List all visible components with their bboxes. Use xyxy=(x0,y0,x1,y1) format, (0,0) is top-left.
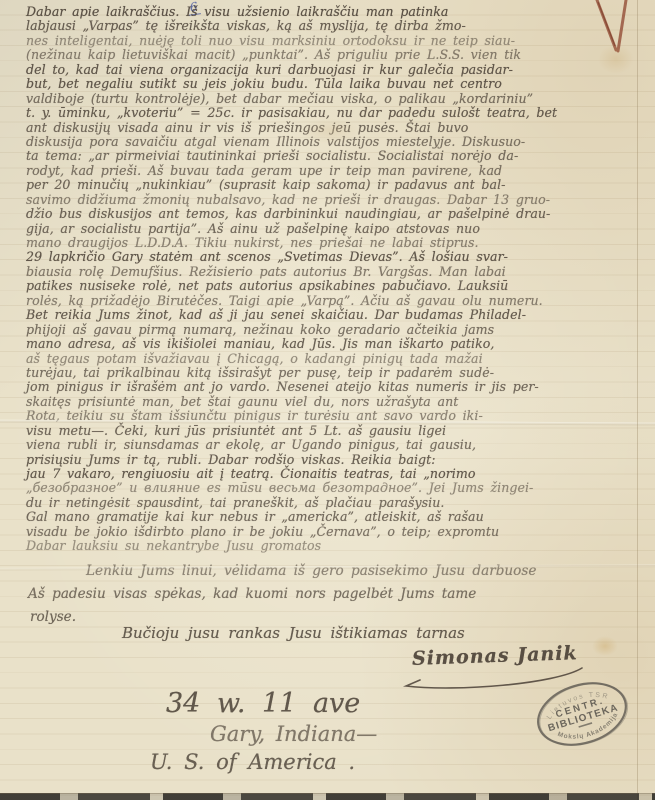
handwriting-line: rolės, ką prižadėjo Birutėčes. Taigi api… xyxy=(26,294,641,308)
handwriting-line: skaitęs prisiuntė man, bet štai gaunu vi… xyxy=(26,395,641,409)
aging-spot xyxy=(592,636,618,656)
letter-page: 6 Dabar apie laikraščius. Iš visu užsien… xyxy=(0,0,655,800)
paper-bottom-edge xyxy=(0,793,655,800)
handwriting-line: jom pinigus ir išrašėm ant jo vardo. Nes… xyxy=(26,380,641,394)
paper-edge-line xyxy=(637,0,638,800)
address-city: Gary, Indiana— xyxy=(210,722,377,746)
handwriting-line: turėjau, tai prikalbinau kitą išsirašyt … xyxy=(26,366,641,380)
handwriting-line: labjausi „Varpas” tę išreikšta viskas, k… xyxy=(26,19,641,33)
address-country: U. S. of America . xyxy=(150,750,355,774)
handwriting-line: prisiųsiu Jums ir tą, rubli. Dabar rodši… xyxy=(26,453,641,467)
handwriting-line: visu metu—. Čeki, kuri jūs prisiuntėt an… xyxy=(26,424,641,438)
handwriting-line: du ir netingėsit spausdint, tai praneški… xyxy=(26,496,641,510)
handwriting-line: viena rubli ir, siunsdamas ar ekolę, ar … xyxy=(26,438,641,452)
handwriting-line: valdiboje (turtu kontrolėje), bet dabar … xyxy=(26,92,641,106)
handwriting-line: biausia rolę Demufšius. Režisierio pats … xyxy=(26,265,641,279)
handwriting-line: 29 lapkričio Gary statėm ant scenos „Sve… xyxy=(26,250,641,264)
handwriting-line: diskusija pora savaičiu atgal vienam Ill… xyxy=(26,135,641,149)
handwriting-line: ant diskusijų visada ainu ir vis iš prie… xyxy=(26,121,641,135)
handwriting-line: mano draugijos L.D.D.A. Tikiu nukirst, n… xyxy=(26,236,641,250)
handwriting-line: phijoji aš gavau pirmą numarą, nežinau k… xyxy=(26,323,641,337)
handwriting-line: Gal mano gramatije kai kur nebus ir „ame… xyxy=(26,510,641,524)
handwriting-line: džio bus diskusijos ant temos, kas darbi… xyxy=(26,207,641,221)
handwriting-line: Bet reikia Jums žinot, kad aš ji jau sen… xyxy=(26,308,641,322)
handwriting-line: „безобразное” и влияние es mūsu весьма б… xyxy=(26,481,641,495)
address-street: 34 w. 11 ave xyxy=(166,688,360,719)
handwriting-line: visadu be jokio išdirbto plano ir be jok… xyxy=(26,525,641,539)
handwriting-line: Dabar apie laikraščius. Iš visu užsienio… xyxy=(26,5,641,19)
handwriting-line: Dabar lauksiu su nekantrybe Jusu gromato… xyxy=(26,539,641,553)
handwriting-line: (nežinau kaip lietuviškai macit) „punkta… xyxy=(26,48,641,62)
handwriting-line: Rota, teikiu su štam išsiunčtu pinigus i… xyxy=(26,409,641,423)
handwriting-line: t. y. ūminku, „kvoteriu” = 25c. ir pasis… xyxy=(26,106,641,120)
valediction-line: Bučioju jusu rankas Jusu ištikiamas tarn… xyxy=(122,624,465,642)
handwriting-line: jau 7 vakaro, rengiuosiu ait į teatrą. Č… xyxy=(26,467,641,481)
handwriting-line: del to, kad tai viena organizacija kuri … xyxy=(26,63,641,77)
handwriting-line: patikes nusiseke rolė, net pats autorius… xyxy=(26,279,641,293)
handwriting-line: but, bet negaliu sutikt su jeis jokiu bu… xyxy=(26,77,641,91)
handwriting-line: nes inteligentai, nuėję toli nuo visu ma… xyxy=(26,34,641,48)
signature: Simonas Janik xyxy=(412,642,578,670)
library-stamp: Lietuvos TSR CENTR. BIBLIOTEKA Mokslų Ak… xyxy=(525,666,639,762)
handwriting-line: ta tema: „ar pirmeiviai tautininkai prie… xyxy=(26,149,641,163)
handwriting-line: Lenkiu Jums linui, vėlidama iš gero pasi… xyxy=(28,560,628,583)
handwriting-line: per 20 minučių „nukinkiau” (suprasit kai… xyxy=(26,178,641,192)
letter-closing-paragraph: Lenkiu Jums linui, vėlidama iš gero pasi… xyxy=(28,560,628,629)
handwriting-line: savimo didžiuma žmonių nubalsavo, kad ne… xyxy=(26,193,641,207)
handwriting-line: rodyt, kad prieši. Aš buvau tada geram u… xyxy=(26,164,641,178)
handwriting-line: aš tęgaus potam išvažiavau į Chicagą, o … xyxy=(26,352,641,366)
letter-body: Dabar apie laikraščius. Iš visu užsienio… xyxy=(26,5,641,554)
handwriting-line: mano adresa, aš vis ikišiolei maniau, ka… xyxy=(26,337,641,351)
handwriting-line: gija, ar socialistu partija”. Aš ainu už… xyxy=(26,222,641,236)
handwriting-line: Aš padesiu visas spėkas, kad kuomi nors … xyxy=(28,583,628,606)
